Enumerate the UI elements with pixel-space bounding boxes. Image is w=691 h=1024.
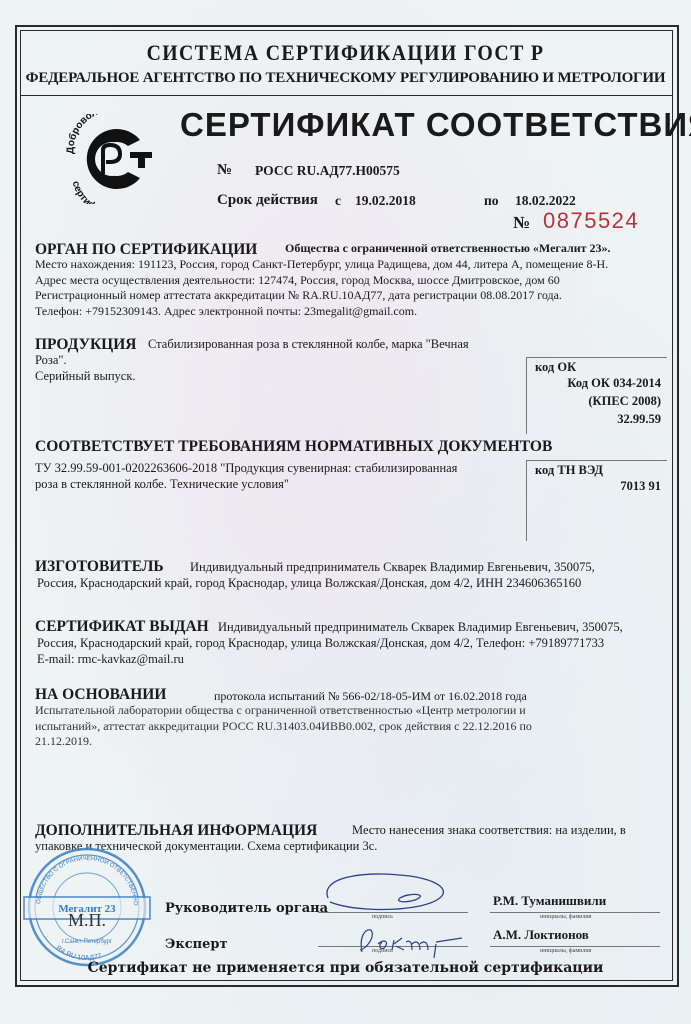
registration-number: РОСС RU.АД77.Н00575 — [255, 163, 400, 179]
manufacturer-address: Россия, Краснодарский край, город Красно… — [37, 575, 581, 591]
issued-to-heading: СЕРТИФИКАТ ВЫДАН — [35, 618, 209, 636]
test-protocol: протокола испытаний № 566-02/18-05-ИМ от… — [214, 688, 527, 704]
expert-name-caption: инициалы, фамилия — [540, 948, 591, 954]
certification-body-name: Общества с ограниченной ответственностью… — [285, 241, 611, 256]
certification-body-details: Место нахождения: 191123, Россия, город … — [35, 257, 608, 319]
normative-document-line: ТУ 32.99.59-001-0202263606-2018 "Продукц… — [35, 460, 457, 476]
certificate-title: СЕРТИФИКАТ СООТВЕТСТВИЯ — [180, 106, 691, 144]
test-laboratory-line: 21.12.2019. — [35, 734, 532, 750]
issued-to-name: Индивидуальный предприниматель Скварек В… — [218, 619, 623, 635]
tnved-code-value: 7013 91 — [620, 479, 661, 494]
seal-place-label: М.П. — [68, 910, 106, 931]
normative-documents-heading: СООТВЕТСТВУЕТ ТРЕБОВАНИЯМ НОРМАТИВНЫХ ДО… — [35, 438, 552, 456]
expert-name-line — [490, 946, 660, 947]
manufacturer-name: Индивидуальный предприниматель Скварек В… — [190, 559, 595, 575]
test-laboratory-line: испытаний», аттестат аккредитации РОСС R… — [35, 719, 532, 735]
valid-from-date: 19.02.2018 — [355, 193, 416, 209]
blank-number-label: № — [513, 213, 530, 233]
additional-info-text: Место нанесения знака соответствия: на и… — [352, 822, 626, 838]
validity-to-label: по — [484, 193, 499, 209]
test-laboratory-details: Испытательной лаборатории общества с огр… — [35, 703, 532, 750]
product-description-continued: Роза". — [35, 352, 67, 368]
issued-to-address: Россия, Краснодарский край, город Красно… — [37, 635, 604, 651]
head-of-body-label: Руководитель органа — [165, 901, 328, 916]
validity-from-label: с — [335, 193, 341, 209]
test-laboratory-line: Испытательной лаборатории общества с огр… — [35, 703, 532, 719]
valid-to-date: 18.02.2022 — [515, 193, 576, 209]
ok-code-value: 32.99.59 — [617, 412, 661, 427]
ok-code-kpes: (КПЕС 2008) — [588, 394, 661, 409]
expert-name: А.М. Локтионов — [493, 927, 589, 943]
tnved-code-box: код ТН ВЭД 7013 91 — [526, 460, 667, 541]
header-divider — [21, 95, 672, 96]
basis-heading: НА ОСНОВАНИИ — [35, 686, 166, 704]
certification-body-accreditation: Регистрационный номер аттестата аккредит… — [35, 288, 608, 304]
expert-signature-icon — [350, 922, 470, 962]
certification-body-activity-address: Адрес места осуществления деятельности: … — [35, 273, 608, 289]
product-description: Стабилизированная роза в стеклянной колб… — [148, 336, 469, 352]
product-release-type: Серийный выпуск. — [35, 368, 136, 384]
agency-name: ФЕДЕРАЛЬНОЕ АГЕНТСТВО ПО ТЕХНИЧЕСКОМУ РЕ… — [0, 70, 691, 87]
svg-text:г.Санкт-Петербург: г.Санкт-Петербург — [62, 939, 113, 945]
rst-voluntary-certification-logo-icon: Добровольная сертификация — [62, 114, 162, 204]
tnved-code-label: код ТН ВЭД — [535, 463, 603, 478]
issued-to-email: E-mail: rmc-kavkaz@mail.ru — [37, 651, 184, 667]
ok-code-label: код ОК — [535, 360, 576, 375]
voluntary-certification-note: Сертификат не применяется при обязательн… — [0, 960, 691, 976]
company-seal-stamp-icon: ОБЩЕСТВО С ОГРАНИЧЕННОЙ ОТВЕТСТВЕННОСТЬЮ… — [22, 845, 152, 970]
normative-documents-text: ТУ 32.99.59-001-0202263606-2018 "Продукц… — [35, 460, 457, 492]
blank-serial-number: 0875524 — [543, 208, 639, 234]
head-name-line — [490, 912, 660, 913]
certification-body-contacts: Телефон: +79152309143. Адрес электронной… — [35, 304, 608, 320]
expert-label: Эксперт — [165, 937, 228, 952]
registration-number-label: № — [217, 162, 232, 179]
head-of-body-name: Р.М. Туманишвили — [493, 893, 606, 909]
normative-document-line: роза в стеклянной колбе. Технические усл… — [35, 476, 457, 492]
head-signature-icon — [320, 868, 460, 916]
validity-label: Срок действия — [217, 192, 318, 209]
ok-code-classifier: Код ОК 034-2014 — [567, 376, 661, 391]
manufacturer-heading: ИЗГОТОВИТЕЛЬ — [35, 558, 164, 576]
ok-code-box: код ОК Код ОК 034-2014 (КПЕС 2008) 32.99… — [526, 357, 667, 434]
head-name-caption: инициалы, фамилия — [540, 914, 591, 920]
system-title: СИСТЕМА СЕРТИФИКАЦИИ ГОСТ Р — [35, 40, 657, 66]
certification-body-address: Место нахождения: 191123, Россия, город … — [35, 257, 608, 273]
